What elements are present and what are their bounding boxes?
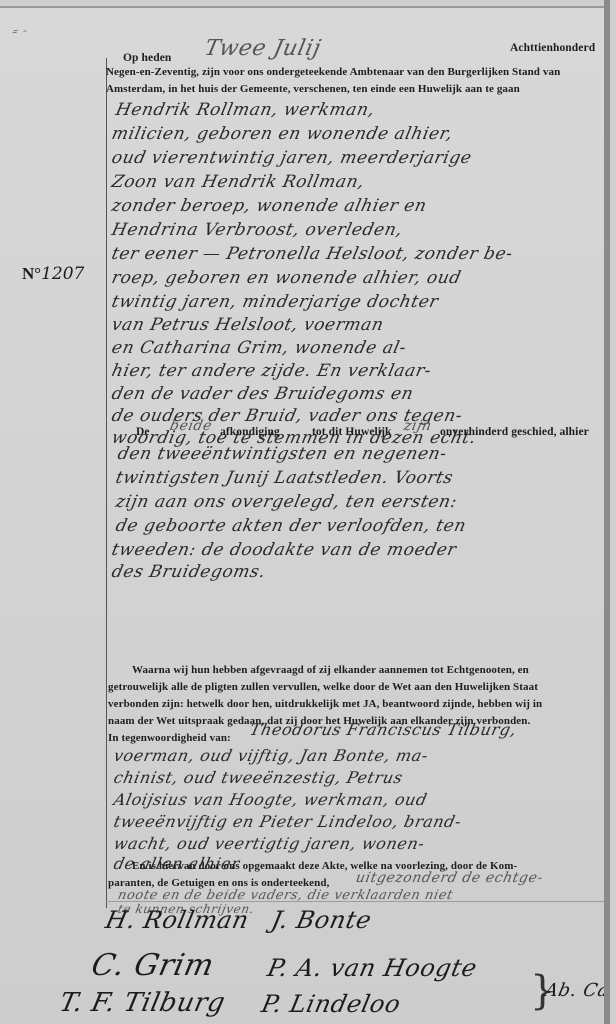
witness-line: tweeënvijftig en Pieter Lindeloo, brand- [112,812,463,831]
witnesses-label: In tegenwoordigheid van: [108,732,231,744]
proclamation-line: twintigsten Junij Laatstleden. Voorts [114,468,455,488]
proclamation-line: de geboorte akten der verloofden, ten [114,516,468,536]
ceremony-line: getrouwelijk alle de pligten zullen verv… [108,681,538,693]
parties-line: Zoon van Hendrik Rollman, [110,172,366,192]
signature: T. F. Tilburg [57,988,228,1018]
op-heden: Op heden [123,52,171,64]
witness-line: Theodorus Franciscus Tilburg, [248,720,519,739]
witness-line: voerman, oud vijftig, Jan Bonte, ma- [112,746,430,765]
parties-line: van Petrus Helsloot, voerman [110,315,386,335]
parties-line: zonder beroep, wonende alhier en [110,196,429,216]
ceremony-line: verbonden zijn: hetwelk door hen, uitdru… [108,698,542,710]
official-signature: Ab. Ca [543,980,612,1001]
signature: H. Rollman [103,906,252,934]
record-number: N°1207 [22,264,84,284]
corner-mark: ⸗ ˊ [9,24,28,44]
signature: P. A. van Hoogte [265,954,480,982]
proclamation-hand-2: zijn [402,418,433,434]
closing-hand-line: noote en de beide vaders, die verklaarde… [116,888,454,903]
record-number-value: 1207 [41,264,84,284]
header-line-2: Negen-en-Zeventig, zijn voor ons onderge… [106,66,560,78]
parties-line: hier, ter andere zijde. En verklaar- [110,361,433,381]
parties-line: den de vader des Bruidegoms en [110,384,416,404]
proclamation-line: zijn aan ons overgelegd, ten eersten: [114,492,459,512]
header-line-3: Amsterdam, in het huis der Gemeente, ver… [106,83,520,95]
proclamation-afkondiging: afkondiging [220,426,280,438]
parties-line: Hendrik Rollman, werkman, [114,100,377,120]
register-page: ⸗ ˊ N°1207 Op heden Twee Julij Achttienh… [0,6,604,1024]
signature: P. Lindeloo [259,990,403,1018]
proclamation-line: den tweeëntwintigsten en negenen- [116,444,449,464]
witness-line: Aloijsius van Hoogte, werkman, oud [112,790,429,809]
parties-line: oud vierentwintig jaren, meerderjarige [110,148,474,168]
closing-hand: uitgezonderd de echtge- [354,870,544,886]
witness-line: wacht, oud veertigtig jaren, wonen- [112,834,427,853]
parties-line: milicien, geboren en wonende alhier, [110,124,455,144]
proclamation-line: tweeden: de doodakte van de moeder [110,540,458,560]
parties-line: en Catharina Grim, wonende al- [110,338,408,358]
record-prefix: N° [22,264,41,283]
background-strip [610,0,616,1024]
signature: J. Bonte [269,906,374,934]
witness-line: chinist, oud tweeënzestig, Petrus [112,768,405,787]
proclamation-de: De [136,426,150,438]
date-handwritten: Twee Julij [202,36,323,61]
parties-line: twintig jaren, minderjarige dochter [110,292,440,312]
proclamation-hand-1: beide [168,418,213,434]
margin-rule [106,58,107,908]
ceremony-line: Waarna wij hun hebben afgevraagd of zij … [132,664,529,676]
parties-line: Hendrina Verbroost, overleden, [110,220,405,240]
parties-line: roep, geboren en wonende alhier, oud [110,268,463,288]
proclamation-rest: onverhinderd geschied, alhier [440,426,589,438]
parties-line: ter eener — Petronella Helsloot, zonder … [110,244,515,264]
proclamation-line: des Bruidegoms. [110,562,268,582]
year-print: Achttienhonderd [510,42,595,54]
proclamation-tot-dit: tot dit Huwelijk [312,426,392,438]
signature: C. Grim [88,948,217,983]
